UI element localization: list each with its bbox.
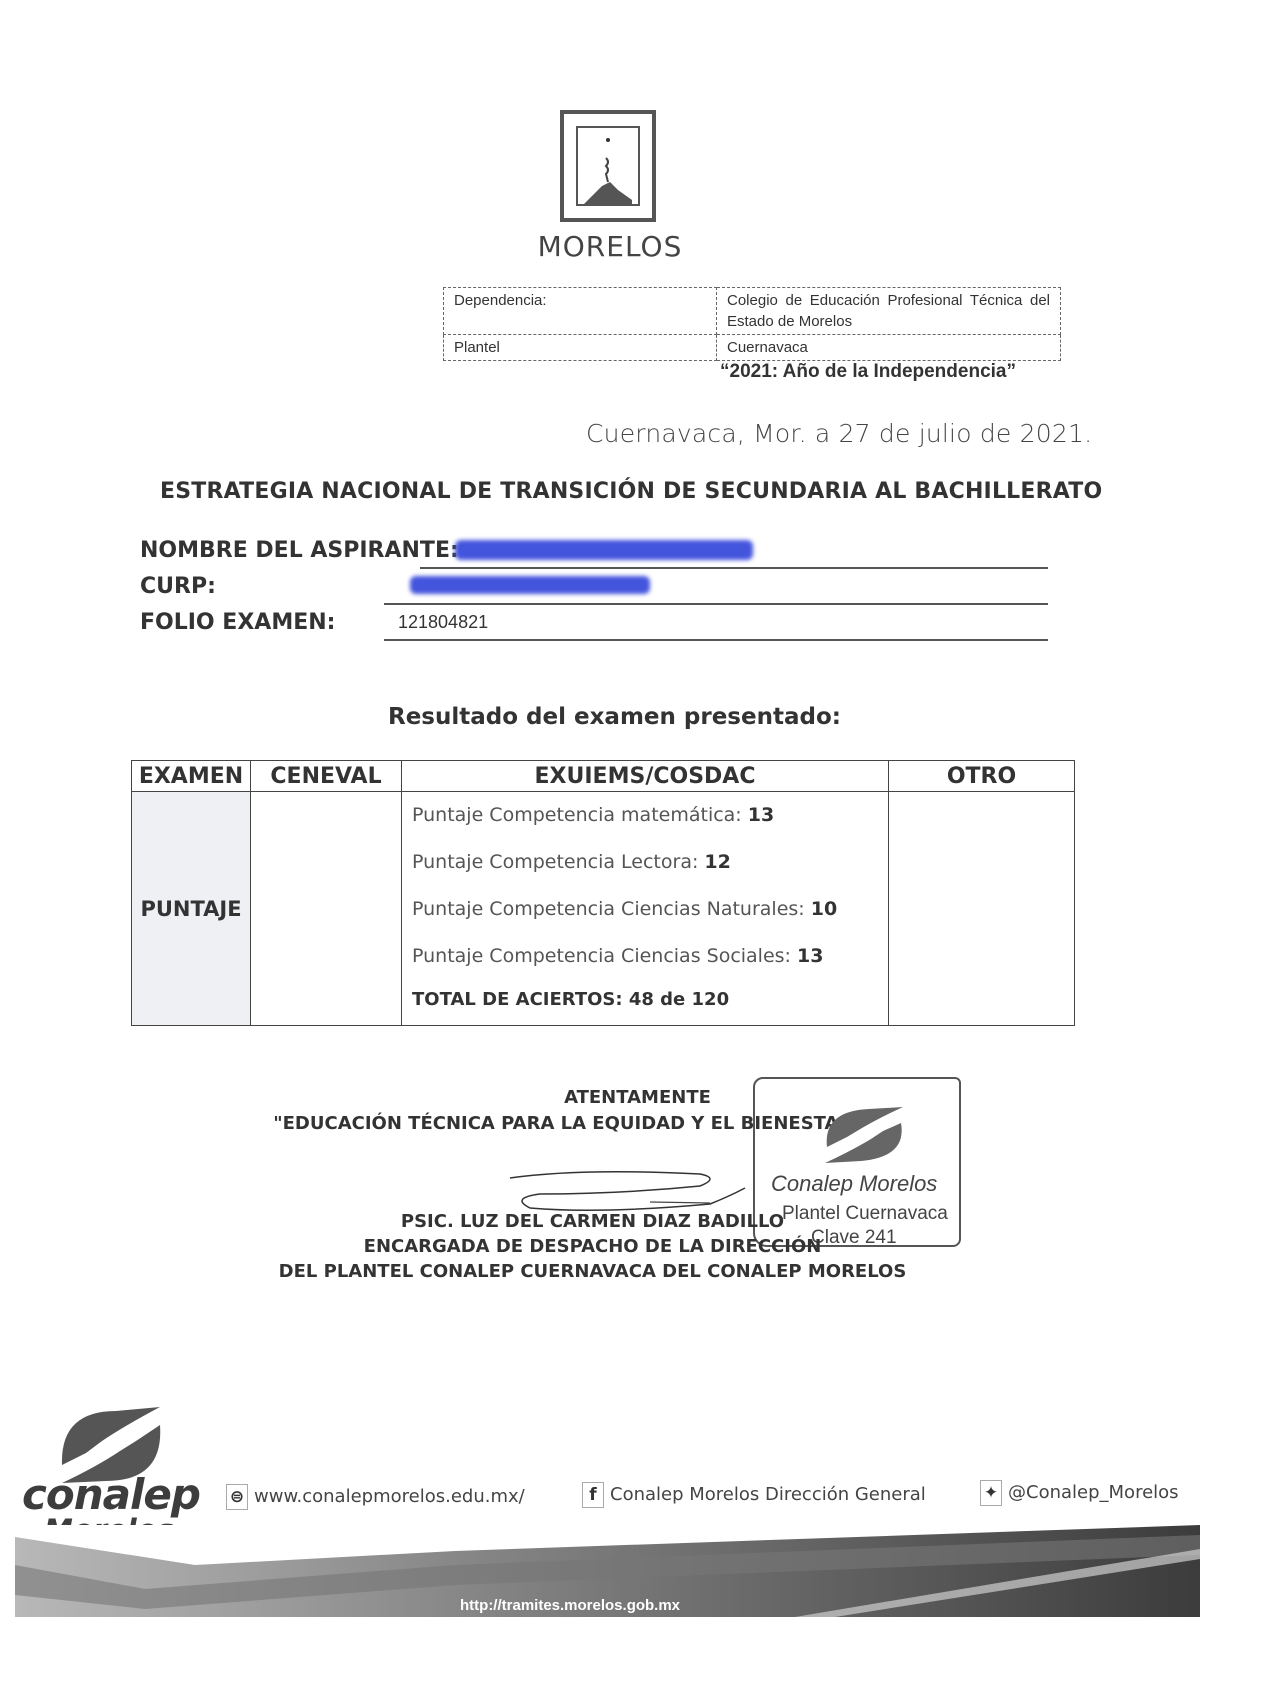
globe-icon: ⊜ (226, 1484, 248, 1510)
column-header-otro: OTRO (889, 761, 1075, 792)
results-heading: Resultado del examen presentado: (388, 704, 841, 730)
applicant-name-redaction (455, 540, 753, 560)
signer-name: PSIC. LUZ DEL CARMEN DIAZ BADILLO (0, 1211, 1275, 1232)
applicant-name-label: NOMBRE DEL ASPIRANTE: (140, 538, 459, 563)
score-item: Puntaje Competencia Ciencias Naturales: … (412, 894, 878, 941)
score-item: Puntaje Competencia Ciencias Sociales: 1… (412, 941, 878, 988)
column-header-exuiems: EXUIEMS/COSDAC (402, 761, 889, 792)
total-score: TOTAL DE ACIERTOS: 48 de 120 (412, 988, 878, 1012)
closing-motto: "EDUCACIÓN TÉCNICA PARA LA EQUIDAD Y EL … (0, 1113, 1275, 1134)
conalep-stamp-logo-icon (817, 1101, 909, 1167)
folio-value: 121804821 (398, 612, 488, 633)
dependency-label: Dependencia: (444, 288, 717, 335)
results-header-row: EXAMEN CENEVAL EXUIEMS/COSDAC OTRO (132, 761, 1075, 792)
curp-label: CURP: (140, 574, 216, 599)
applicant-name-line (420, 567, 1048, 569)
footer-website-link[interactable]: ⊜www.conalepmorelos.edu.mx/ (226, 1484, 525, 1510)
signer-position-1: ENCARGADA DE DESPACHO DE LA DIRECCIÓN (0, 1236, 1275, 1257)
plantel-value: Cuernavaca (717, 335, 1061, 361)
ceneval-cell (251, 792, 402, 1026)
dependency-info-table: Dependencia: Colegio de Educación Profes… (443, 287, 1061, 361)
dependency-value: Colegio de Educación Profesional Técnica… (717, 288, 1061, 335)
crest-mountain-icon (578, 128, 638, 208)
results-table: EXAMEN CENEVAL EXUIEMS/COSDAC OTRO PUNTA… (131, 760, 1075, 1026)
twitter-icon: ✦ (980, 1480, 1002, 1506)
state-name: MORELOS (530, 230, 690, 263)
otro-cell (889, 792, 1075, 1026)
column-header-ceneval: CENEVAL (251, 761, 402, 792)
footer-twitter-link[interactable]: ✦@Conalep_Morelos (980, 1480, 1179, 1506)
date-line: Cuernavaca, Mor. a 27 de julio de 2021. (586, 419, 1092, 448)
curp-line (384, 603, 1048, 605)
score-item: Puntaje Competencia Lectora: 12 (412, 847, 878, 894)
exuiems-scores-cell: Puntaje Competencia matemática: 13 Punta… (402, 792, 889, 1026)
morelos-crest-logo (560, 110, 656, 222)
facebook-icon: f (582, 1482, 604, 1508)
score-item: Puntaje Competencia matemática: 13 (412, 800, 878, 847)
footer-facebook-link[interactable]: fConalep Morelos Dirección General (582, 1482, 926, 1508)
results-score-row: PUNTAJE Puntaje Competencia matemática: … (132, 792, 1075, 1026)
stamp-line-1: Conalep Morelos (771, 1171, 937, 1197)
document-title: ESTRATEGIA NACIONAL DE TRANSICIÓN DE SEC… (160, 479, 1102, 504)
folio-label: FOLIO EXAMEN: (140, 610, 335, 635)
column-header-examen: EXAMEN (132, 761, 251, 792)
signer-position-2: DEL PLANTEL CONALEP CUERNAVACA DEL CONAL… (0, 1261, 1275, 1282)
folio-line (384, 639, 1048, 641)
conalep-logo-word: conalep (22, 1470, 200, 1519)
row-label-puntaje: PUNTAJE (132, 792, 251, 1026)
plantel-label: Plantel (444, 335, 717, 361)
closing-regards: ATENTAMENTE (0, 1087, 1275, 1108)
year-motto: “2021: Año de la Independencia” (720, 361, 1016, 383)
footer-banner-url[interactable]: http://tramites.morelos.gob.mx (460, 1597, 680, 1614)
curp-redaction (410, 576, 650, 594)
